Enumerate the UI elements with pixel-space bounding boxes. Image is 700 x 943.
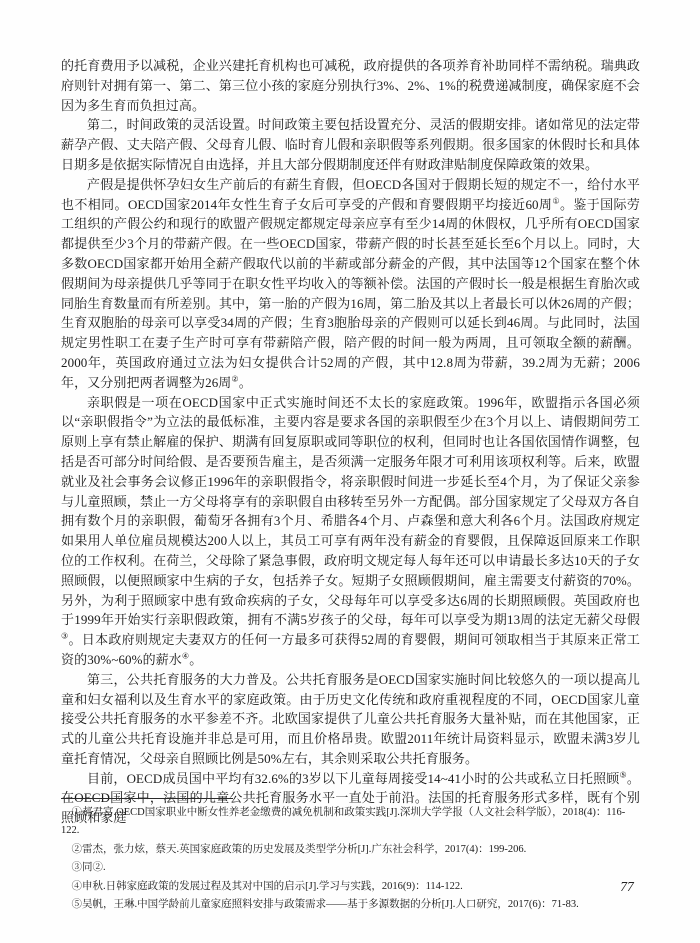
footnote-block: ①郝君富.OECD国家职业中断女性养老金缴费的减免机制和政策实践[J].深圳大学… bbox=[61, 798, 640, 914]
footnote-item: ⑤吴帆，王琳.中国学龄前儿童家庭照料安排与政策需求——基于多源数据的分析[J].… bbox=[61, 896, 640, 914]
footnote-item: ①郝君富.OECD国家职业中断女性养老金缴费的减免机制和政策实践[J].深圳大学… bbox=[61, 804, 640, 841]
body-paragraph: 产假是提供怀孕妇女生产前后的有薪生育假，但OECD各国对于假期长短的规定不一，给… bbox=[61, 175, 640, 393]
body-paragraph: 第三，公共托育服务的大力普及。公共托育服务是OECD国家实施时间比较悠久的一项以… bbox=[61, 670, 640, 769]
footnote-item: ②雷杰，张力炫，蔡天.英国家庭政策的历史发展及类型学分析[J].广东社会科学，2… bbox=[61, 841, 640, 859]
footnote-separator bbox=[61, 798, 233, 799]
footnote-item: ③同②. bbox=[61, 859, 640, 877]
body-paragraph: 亲职假是一项在OECD国家中正式实施时间还不太长的家庭政策。1996年，欧盟指示… bbox=[61, 393, 640, 670]
footnote-item: ④申秋.日韩家庭政策的发展过程及其对中国的启示[J].学习与实践，2016(9)… bbox=[61, 878, 640, 896]
body-text-block: 的托育费用予以减税，企业兴建托育机构也可减税，政府提供的各项养育补助同样不需纳税… bbox=[61, 56, 640, 828]
body-paragraph: 第二，时间政策的灵活设置。时间政策主要包括设置充分、灵活的假期安排。诸如常见的法… bbox=[61, 115, 640, 174]
body-paragraph: 的托育费用予以减税，企业兴建托育机构也可减税，政府提供的各项养育补助同样不需纳税… bbox=[61, 56, 640, 115]
page-number: 77 bbox=[610, 879, 644, 895]
document-page: 的托育费用予以减税，企业兴建托育机构也可减税，政府提供的各项养育补助同样不需纳税… bbox=[0, 0, 700, 943]
